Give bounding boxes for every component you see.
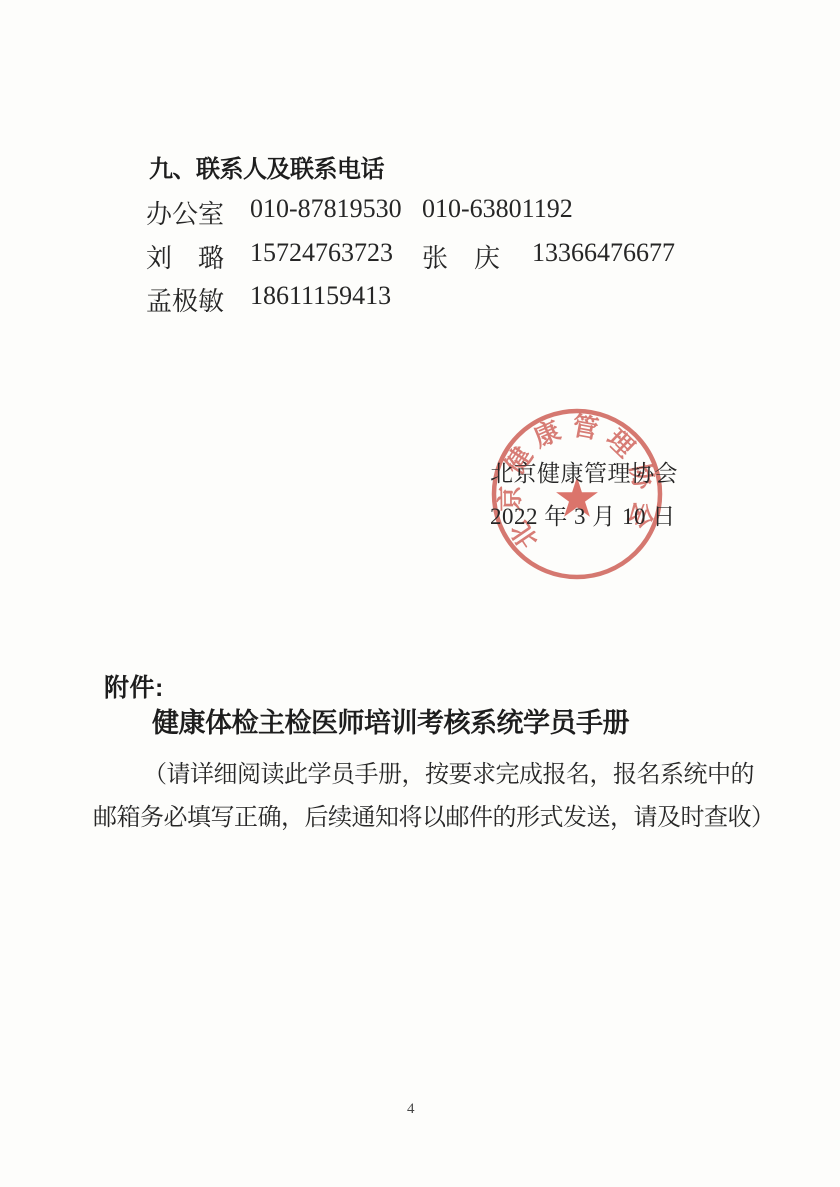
contact-phone: 010-63801192 bbox=[422, 194, 573, 224]
contact-name: 刘 璐 bbox=[146, 238, 224, 275]
attachment-note-line2: 邮箱务必填写正确，后续通知将以邮件的形式发送，请及时查收） bbox=[93, 797, 775, 832]
contact-phone: 13366476677 bbox=[532, 238, 675, 268]
official-seal-stamp: 北京健康管理协会 bbox=[477, 394, 677, 594]
attachment-label: 附件: bbox=[104, 668, 164, 704]
contact-phone: 010-87819530 bbox=[250, 194, 402, 224]
contact-label: 办公室 bbox=[146, 194, 224, 231]
contact-name: 孟极敏 bbox=[146, 281, 224, 318]
signature-organization: 北京健康管理协会 bbox=[490, 455, 678, 488]
attachment-title: 健康体检主检医师培训考核系统学员手册 bbox=[152, 701, 629, 740]
contact-name: 张 庆 bbox=[422, 238, 500, 275]
document-page: 九、联系人及联系电话 办公室 010-87819530 010-63801192… bbox=[0, 0, 840, 1187]
signature-date: 2022 年 3 月 10 日 bbox=[490, 498, 676, 531]
page-number: 4 bbox=[407, 1101, 415, 1118]
attachment-note-line1: （请详细阅读此学员手册，按要求完成报名，报名系统中的 bbox=[143, 754, 754, 789]
section-heading: 九、联系人及联系电话 bbox=[149, 149, 384, 184]
contact-phone: 18611159413 bbox=[250, 281, 391, 311]
seal-graphic: 北京健康管理协会 bbox=[477, 394, 677, 594]
contact-phone: 15724763723 bbox=[250, 238, 393, 268]
